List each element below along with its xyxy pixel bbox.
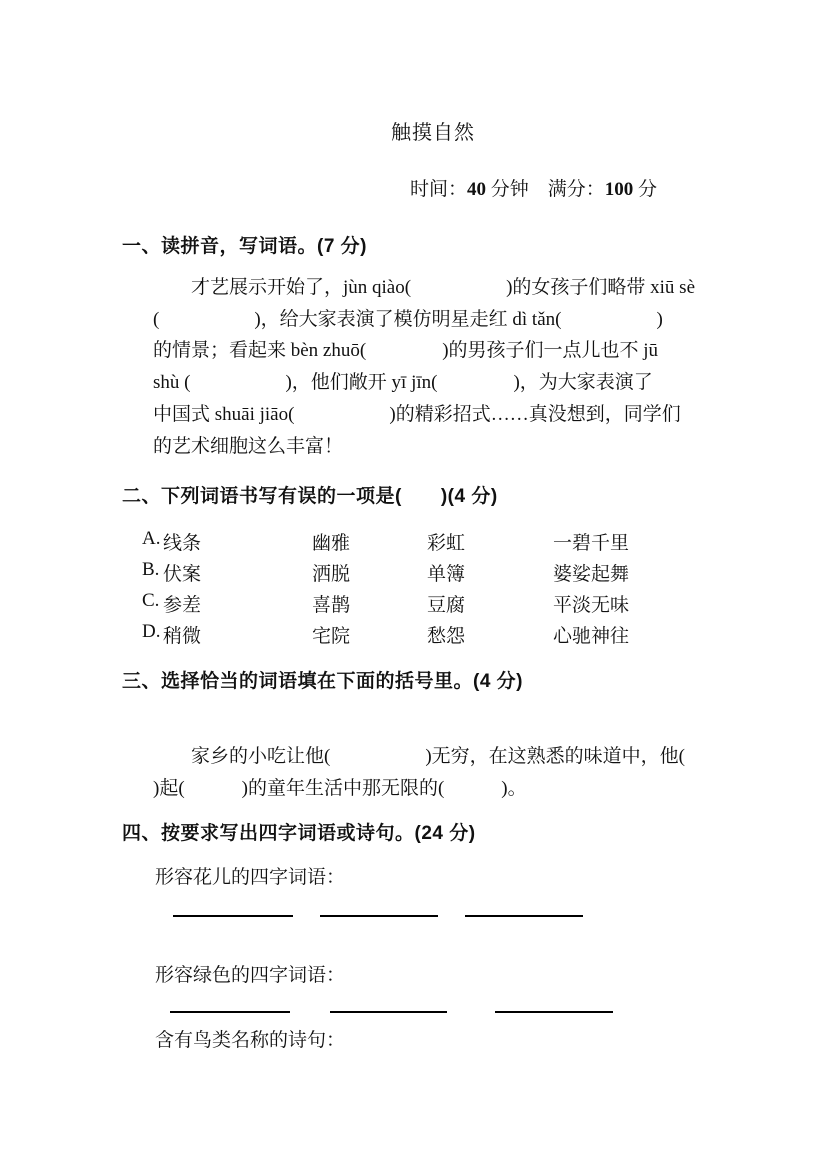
- score-value: 100: [605, 179, 634, 200]
- section4-heading: 四、按要求写出四字词语或诗句。(24 分): [122, 818, 476, 845]
- option-row-b: B. 伏案 洒脱 单簿 婆娑起舞: [0, 559, 826, 583]
- score-unit: 分: [633, 179, 657, 200]
- option-row-c: C. 参差 喜鹊 豆腐 平淡无味: [0, 590, 826, 614]
- option-word: 参差: [163, 590, 201, 617]
- option-word: 单簿: [427, 559, 465, 586]
- paragraph-line: 才艺展示开始了，jùn qiào( )的女孩子们略带 xiū sè: [153, 272, 718, 304]
- prompt-bird-verse: 含有鸟类名称的诗句：: [155, 1025, 345, 1052]
- answer-blank: [495, 997, 613, 1013]
- paragraph-line: )起( )的童年生活中那无限的( )。: [153, 773, 718, 805]
- option-letter: C.: [142, 590, 159, 612]
- section3-paragraph: 家乡的小吃让他( )无穷，在这熟悉的味道中，他( )起( )的童年生活中那无限的…: [153, 741, 718, 804]
- answer-blank: [173, 901, 293, 917]
- paper-title: 触摸自然: [391, 116, 475, 145]
- option-word: 豆腐: [427, 590, 465, 617]
- paragraph-line: shù ( )，他们敞开 yī jīn( )，为大家表演了: [153, 367, 718, 399]
- section1-paragraph: 才艺展示开始了，jùn qiào( )的女孩子们略带 xiū sè ( )，给大…: [153, 272, 718, 462]
- section1-heading: 一、读拼音，写词语。(7 分): [122, 231, 367, 258]
- time-label: 时间：: [410, 179, 467, 200]
- option-word: 线条: [163, 528, 201, 555]
- option-word: 幽雅: [312, 528, 350, 555]
- paragraph-line: 中国式 shuāi jiāo( )的精彩招式……真没想到，同学们: [153, 399, 718, 431]
- paragraph-line: 家乡的小吃让他( )无穷，在这熟悉的味道中，他(: [153, 741, 718, 773]
- test-paper-page: 触摸自然 时间：40 分钟 满分：100 分 一、读拼音，写词语。(7 分) 才…: [0, 0, 826, 1169]
- paragraph-line: 的艺术细胞这么丰富！: [153, 431, 718, 463]
- paper-meta: 时间：40 分钟 满分：100 分: [410, 174, 657, 201]
- option-word: 彩虹: [427, 528, 465, 555]
- section3-heading: 三、选择恰当的词语填在下面的括号里。(4 分): [122, 666, 523, 693]
- answer-blank: [465, 901, 583, 917]
- answer-blank: [330, 997, 447, 1013]
- option-letter: A.: [142, 528, 160, 550]
- answer-blank: [170, 997, 290, 1013]
- option-word: 愁怨: [427, 621, 465, 648]
- option-row-a: A. 线条 幽雅 彩虹 一碧千里: [0, 528, 826, 552]
- option-word: 伏案: [163, 559, 201, 586]
- option-word: 平淡无味: [553, 590, 629, 617]
- meta-middle: 分钟 满分：: [486, 179, 605, 200]
- prompt-flower-words: 形容花儿的四字词语：: [155, 862, 345, 889]
- option-word: 婆娑起舞: [553, 559, 629, 586]
- answer-blank: [320, 901, 438, 917]
- option-row-d: D. 稍微 宅院 愁怨 心驰神往: [0, 621, 826, 645]
- option-letter: B.: [142, 559, 159, 581]
- paragraph-line: ( )，给大家表演了模仿明星走红 dì tǎn( ): [153, 304, 718, 336]
- option-word: 一碧千里: [553, 528, 629, 555]
- option-word: 稍微: [163, 621, 201, 648]
- time-value: 40: [467, 179, 486, 200]
- option-letter: D.: [142, 621, 160, 643]
- option-word: 心驰神往: [553, 621, 629, 648]
- section2-heading: 二、下列词语书写有误的一项是( )(4 分): [122, 481, 498, 508]
- option-word: 喜鹊: [312, 590, 350, 617]
- option-word: 洒脱: [312, 559, 350, 586]
- option-word: 宅院: [312, 621, 350, 648]
- prompt-green-words: 形容绿色的四字词语：: [155, 960, 345, 987]
- paragraph-line: 的情景；看起来 bèn zhuō( )的男孩子们一点儿也不 jū: [153, 335, 718, 367]
